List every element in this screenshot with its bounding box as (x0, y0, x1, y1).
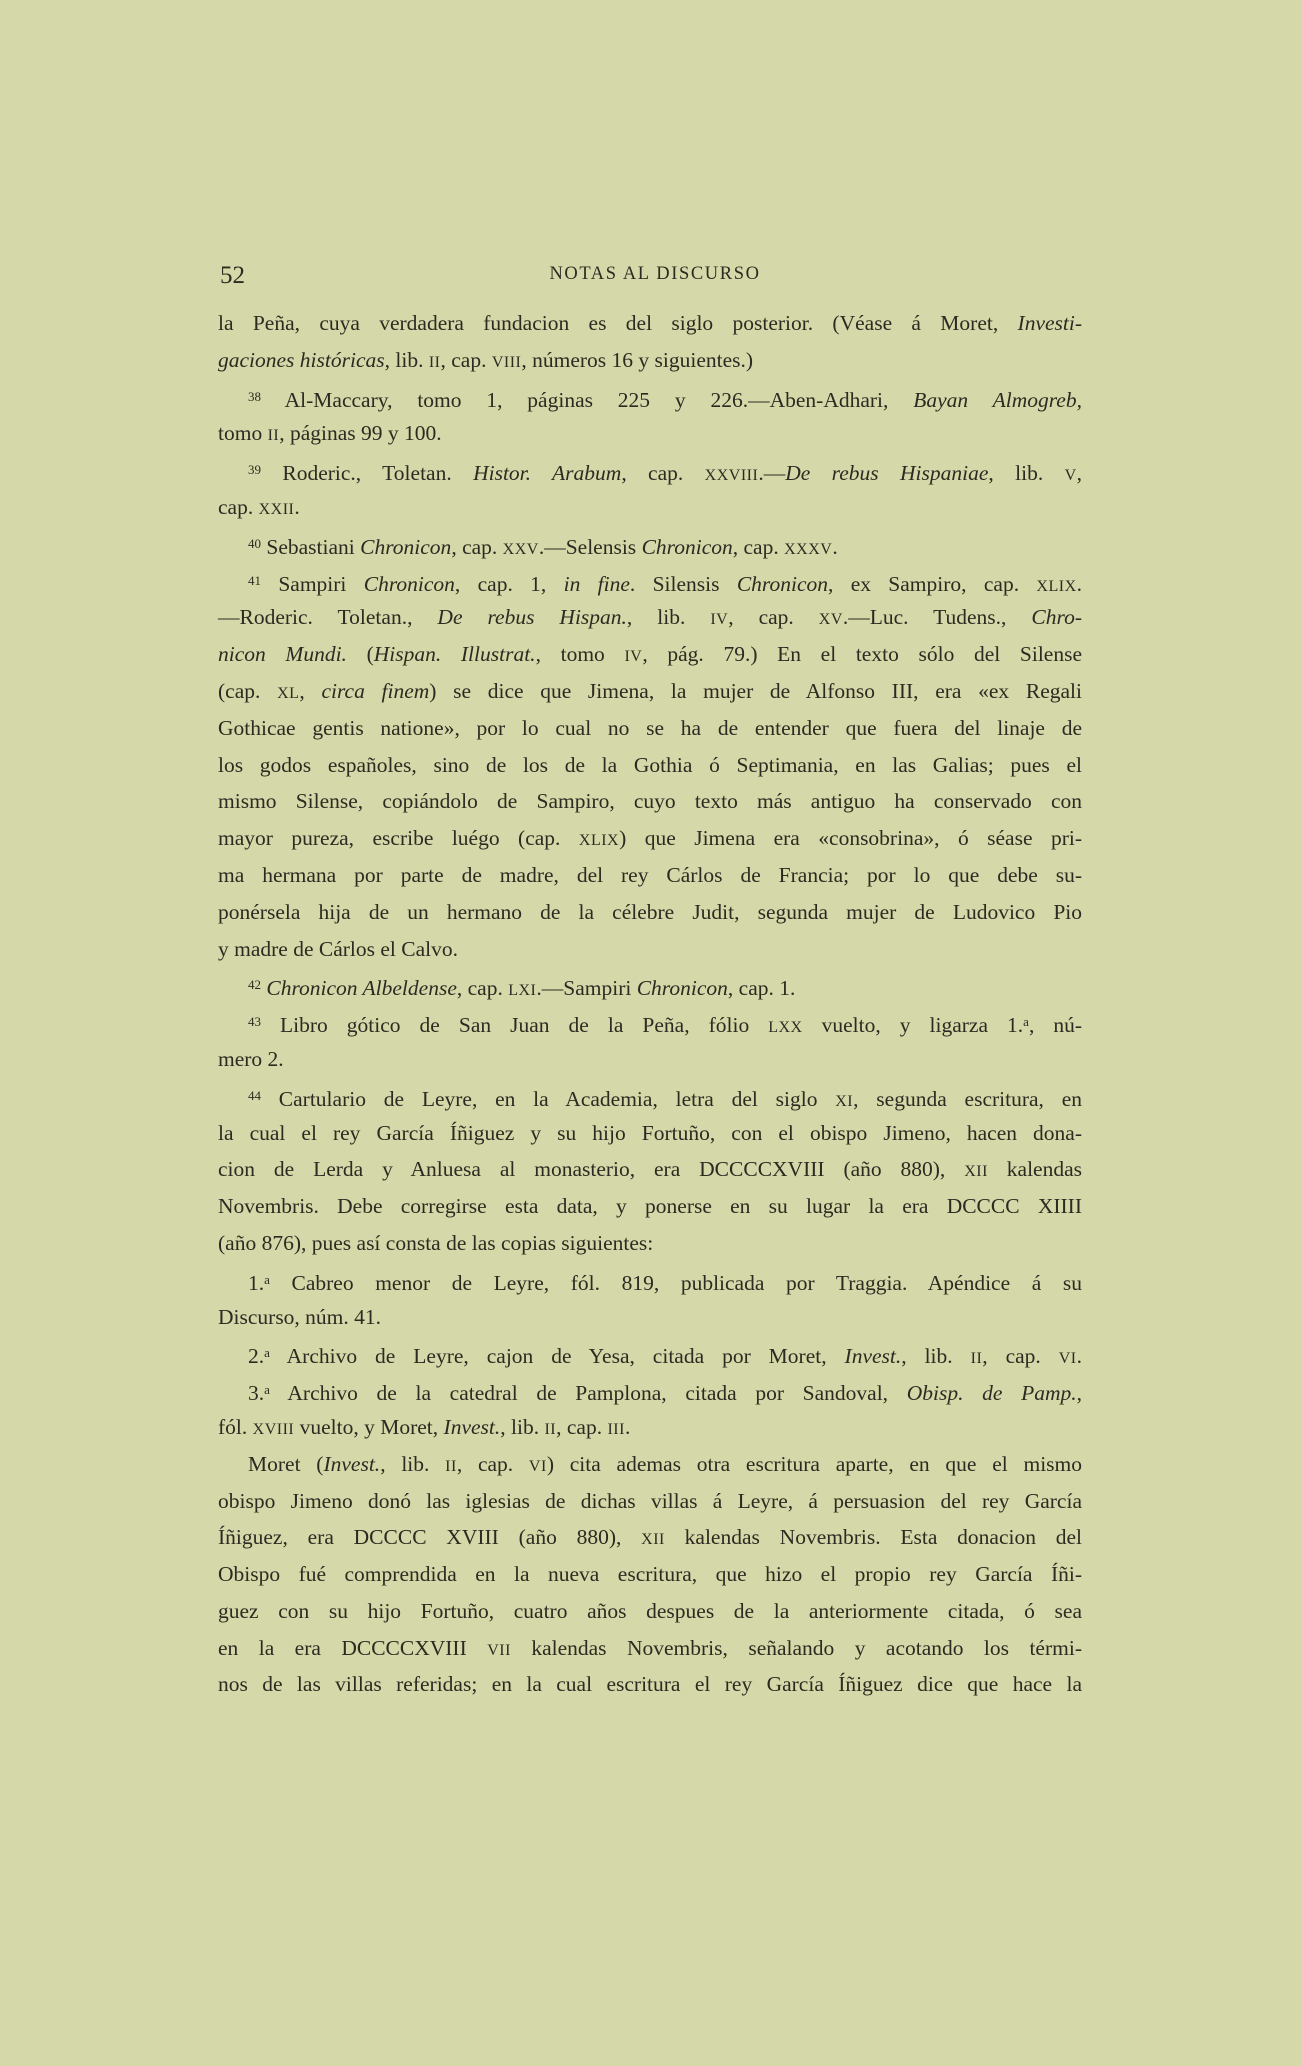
note-marker: 40 (248, 536, 261, 551)
text-line: —Roderic. Toletan., De rebus Hispan., li… (218, 599, 1082, 636)
text-line: 1.a Cabreo menor de Leyre, fól. 819, pub… (218, 1262, 1082, 1299)
text-line: Íñiguez, era DCCCC XVIII (año 880), XII … (218, 1519, 1082, 1556)
text-line: cion de Lerda y Anluesa al monasterio, e… (218, 1151, 1082, 1188)
text-run: ) que Jimena era «consobrina», ó séase p… (619, 826, 1082, 850)
text-run: Chronicon (637, 976, 728, 1000)
text-run: XXVIII (705, 467, 759, 484)
text-run: Sampiri (261, 572, 364, 596)
text-line: tomo II, páginas 99 y 100. (218, 415, 1082, 452)
text-run: 3. (248, 1381, 264, 1405)
text-run: kalendas Novembris, señalando y acotando… (511, 1636, 1082, 1660)
text-run: Chronicon (364, 572, 455, 596)
text-run: ponérsela hija de un hermano de la céleb… (218, 900, 1082, 924)
text-run: XLIX (579, 832, 619, 849)
text-run: , lib. (988, 461, 1064, 485)
text-line: nicon Mundi. (Hispan. Illustrat., tomo I… (218, 636, 1082, 673)
text-run: , páginas 99 y 100. (279, 421, 441, 445)
running-title: NOTAS AL DISCURSO (430, 264, 880, 285)
text-run: VI (529, 1458, 547, 1475)
text-run: nicon Mundi. (218, 642, 347, 666)
text-line: guez con su hijo Fortuño, cuatro años de… (218, 1593, 1082, 1630)
text-run: nos de las villas referidas; en la cual … (218, 1672, 1082, 1696)
text-line: la cual el rey García Íñiguez y su hijo … (218, 1115, 1082, 1152)
text-run: Íñiguez, era DCCCC XVIII (año 880), (218, 1525, 641, 1549)
text-run: V (1065, 467, 1077, 484)
text-run: XL (277, 685, 299, 702)
text-run: Chronicon (360, 535, 451, 559)
text-run: . (625, 1415, 630, 1439)
text-line: obispo Jimeno donó las iglesias de dicha… (218, 1483, 1082, 1520)
text-line: 44 Cartulario de Leyre, en la Academia, … (218, 1078, 1082, 1115)
text-line: mero 2. (218, 1041, 1082, 1078)
text-run: Libro gótico de San Juan de la Peña, fól… (261, 1013, 768, 1037)
text-run: in fine (564, 572, 630, 596)
text-run: , lib. (380, 1452, 445, 1476)
text-run: De rebus Hispaniae (785, 461, 988, 485)
text-line: Moret (Invest., lib. II, cap. VI) cita a… (218, 1446, 1082, 1483)
text-line: 42 Chronicon Albeldense, cap. LXI.—Sampi… (218, 967, 1082, 1004)
text-run: ) cita ademas otra escritura aparte, en … (547, 1452, 1082, 1476)
text-run: XXV (503, 541, 539, 558)
text-run: Novembris. Debe corregirse esta data, y … (218, 1194, 1082, 1218)
text-line: Gothicae gentis natione», por lo cual no… (218, 710, 1082, 747)
text-line: 2.a Archivo de Leyre, cajon de Yesa, cit… (218, 1335, 1082, 1372)
text-run: De rebus Hispan. (437, 605, 627, 629)
note-marker: 43 (248, 1014, 261, 1029)
text-line: gaciones históricas, lib. II, cap. VIII,… (218, 342, 1082, 379)
text-run: XLIX (1036, 578, 1076, 595)
text-run: Cabreo menor de Leyre, fól. 819, publica… (270, 1271, 1082, 1295)
text-run: Archivo de Leyre, cajon de Yesa, citada … (270, 1344, 845, 1368)
text-run: VIII (492, 354, 522, 371)
text-run: II (268, 427, 280, 444)
text-line: 38 Al-Maccary, tomo 1, páginas 225 y 226… (218, 379, 1082, 416)
text-run: la cual el rey García Íñiguez y su hijo … (218, 1121, 1082, 1145)
text-run: XVIII (253, 1421, 295, 1438)
text-line: 39 Roderic., Toletan. Histor. Arabum, ca… (218, 452, 1082, 489)
text-line: la Peña, cuya verdadera fundacion es del… (218, 305, 1082, 342)
text-run: XV (819, 611, 843, 628)
text-run: Bayan Almogreb, (913, 388, 1082, 412)
page-number: 52 (220, 262, 245, 290)
notes-body: la Peña, cuya verdadera fundacion es del… (218, 305, 1082, 1703)
text-run: III (607, 1421, 624, 1438)
text-run: . (294, 495, 299, 519)
text-run: Sebastiani (261, 535, 360, 559)
text-run: , (1077, 1381, 1082, 1405)
text-run: VII (487, 1642, 511, 1659)
text-line: (año 876), pues así consta de las copias… (218, 1225, 1082, 1262)
note-marker: 38 (248, 389, 261, 404)
text-run: , cap. 1. (728, 976, 795, 1000)
text-run: Roderic., Toletan. (261, 461, 473, 485)
text-run: Hispan. Illustrat. (374, 642, 536, 666)
text-run: IV (624, 648, 642, 665)
text-run: , (1077, 461, 1082, 485)
text-run: Obisp. de Pamp. (907, 1381, 1077, 1405)
text-run: en la era DCCCCXVIII (218, 1636, 487, 1660)
text-run: ( (347, 642, 374, 666)
text-run: Chronicon Albeldense (266, 976, 457, 1000)
text-run: obispo Jimeno donó las iglesias de dicha… (218, 1489, 1082, 1513)
text-run: .—Sampiri (536, 976, 636, 1000)
text-run: XXXV (784, 541, 832, 558)
text-run: Histor. Arabum (473, 461, 621, 485)
text-run: II (971, 1350, 983, 1367)
text-run: 2. (248, 1344, 264, 1368)
text-run: IV (710, 611, 728, 628)
text-line: 43 Libro gótico de San Juan de la Peña, … (218, 1004, 1082, 1041)
text-run: , cap. (728, 605, 819, 629)
text-run: II (544, 1421, 556, 1438)
text-line: ponérsela hija de un hermano de la céleb… (218, 894, 1082, 931)
text-run: , (299, 679, 321, 703)
text-run: tomo (218, 421, 268, 445)
text-line: Novembris. Debe corregirse esta data, y … (218, 1188, 1082, 1225)
text-run: Discurso, núm. 41. (218, 1305, 381, 1329)
text-line: los godos españoles, sino de los de la G… (218, 747, 1082, 784)
text-run: XXII (259, 501, 295, 518)
note-marker: 39 (248, 462, 261, 477)
text-run: , cap. (733, 535, 784, 559)
text-run: ma hermana por parte de madre, del rey C… (218, 863, 1082, 887)
text-run: , cap. (621, 461, 704, 485)
text-run: VI (1059, 1350, 1077, 1367)
text-run: , nú- (1029, 1013, 1082, 1037)
text-run: Chronicon (642, 535, 733, 559)
text-run: .— (758, 461, 785, 485)
text-run: la Peña, cuya verdadera fundacion es del… (218, 311, 1018, 335)
text-run: —Roderic. Toletan., (218, 605, 437, 629)
text-run: LXI (508, 982, 536, 999)
text-line: y madre de Cárlos el Calvo. (218, 931, 1082, 968)
text-line: (cap. XL, circa finem) se dice que Jimen… (218, 673, 1082, 710)
text-run: mero 2. (218, 1047, 284, 1071)
text-run: , ex Sampiro, cap. (828, 572, 1036, 596)
text-run: , lib. (901, 1344, 970, 1368)
text-line: 3.a Archivo de la catedral de Pamplona, … (218, 1372, 1082, 1409)
note-marker: 44 (248, 1088, 261, 1103)
text-run: , lib. (500, 1415, 544, 1439)
text-run: . Silensis (630, 572, 737, 596)
text-run: Chro- (1031, 605, 1082, 629)
text-run: fól. (218, 1415, 253, 1439)
text-run: .—Luc. Tudens., (843, 605, 1032, 629)
text-run: , lib. (627, 605, 710, 629)
text-run: Gothicae gentis natione», por lo cual no… (218, 716, 1082, 740)
text-run: Investi- (1018, 311, 1082, 335)
note-marker: 41 (248, 573, 261, 588)
text-run: LXX (768, 1019, 802, 1036)
text-run: . (1077, 1344, 1082, 1368)
text-run: Cartulario de Leyre, en la Academia, let… (261, 1087, 835, 1111)
text-run: Archivo de la catedral de Pamplona, cita… (270, 1381, 907, 1405)
note-marker: 42 (248, 977, 261, 992)
text-run: Al-Maccary, tomo 1, páginas 225 y 226.—A… (261, 388, 913, 412)
text-run: (cap. (218, 679, 277, 703)
text-run: vuelto, y Moret, (294, 1415, 443, 1439)
text-run: , tomo (536, 642, 625, 666)
text-run: II (429, 354, 441, 371)
text-run: 1. (248, 1271, 264, 1295)
text-line: ma hermana por parte de madre, del rey C… (218, 857, 1082, 894)
text-line: 41 Sampiri Chronicon, cap. 1, in fine. S… (218, 563, 1082, 600)
text-run: , cap. (457, 976, 508, 1000)
text-run: mayor pureza, escribe luégo (cap. (218, 826, 579, 850)
text-run: , pág. 79.) En el texto sólo del Silense (642, 642, 1082, 666)
text-line: Discurso, núm. 41. (218, 1299, 1082, 1336)
text-run: , cap. (451, 535, 502, 559)
text-line: 40 Sebastiani Chronicon, cap. XXV.—Selen… (218, 526, 1082, 563)
text-run: los godos españoles, sino de los de la G… (218, 753, 1082, 777)
text-run: Obispo fué comprendida en la nueva escri… (218, 1562, 1082, 1586)
text-run: , segunda escritura, en (853, 1087, 1082, 1111)
text-run: , lib. (385, 348, 429, 372)
text-run: . (1077, 572, 1082, 596)
text-run: .—Selensis (539, 535, 642, 559)
text-line: Obispo fué comprendida en la nueva escri… (218, 1556, 1082, 1593)
text-run: kalendas (988, 1157, 1082, 1181)
text-run: , cap. (440, 348, 491, 372)
text-run: Invest. (444, 1415, 501, 1439)
text-run: , cap. 1, (455, 572, 564, 596)
text-run: XII (641, 1531, 665, 1548)
text-run: mismo Silense, copiándolo de Sampiro, cu… (218, 789, 1082, 813)
text-line: mayor pureza, escribe luégo (cap. XLIX) … (218, 820, 1082, 857)
text-run: , cap. (556, 1415, 607, 1439)
text-run: vuelto, y ligarza 1. (803, 1013, 1024, 1037)
text-run: , cap. (457, 1452, 529, 1476)
text-run: gaciones históricas (218, 348, 385, 372)
text-run: cion de Lerda y Anluesa al monasterio, e… (218, 1157, 964, 1181)
text-line: fól. XVIII vuelto, y Moret, Invest., lib… (218, 1409, 1082, 1446)
text-run: , cap. (982, 1344, 1058, 1368)
text-run: ) se dice que Jimena, la mujer de Alfons… (429, 679, 1082, 703)
text-run: Invest. (323, 1452, 380, 1476)
text-run: (año 876), pues así consta de las copias… (218, 1231, 653, 1255)
text-line: en la era DCCCCXVIII VII kalendas Novemb… (218, 1630, 1082, 1667)
text-line: mismo Silense, copiándolo de Sampiro, cu… (218, 783, 1082, 820)
text-line: cap. XXII. (218, 489, 1082, 526)
text-run: XII (964, 1163, 988, 1180)
text-run: y madre de Cárlos el Calvo. (218, 937, 458, 961)
text-run: Chronicon (737, 572, 828, 596)
text-run: kalendas Novembris. Esta donacion del (665, 1525, 1082, 1549)
text-run: cap. (218, 495, 259, 519)
text-run: guez con su hijo Fortuño, cuatro años de… (218, 1599, 1082, 1623)
text-line: nos de las villas referidas; en la cual … (218, 1666, 1082, 1703)
text-run: circa finem (321, 679, 429, 703)
text-run: XI (835, 1093, 853, 1110)
text-run: II (445, 1458, 457, 1475)
text-run: Invest. (845, 1344, 902, 1368)
text-run: . (832, 535, 837, 559)
text-run: , números 16 y siguientes.) (521, 348, 753, 372)
text-run: Moret ( (248, 1452, 323, 1476)
